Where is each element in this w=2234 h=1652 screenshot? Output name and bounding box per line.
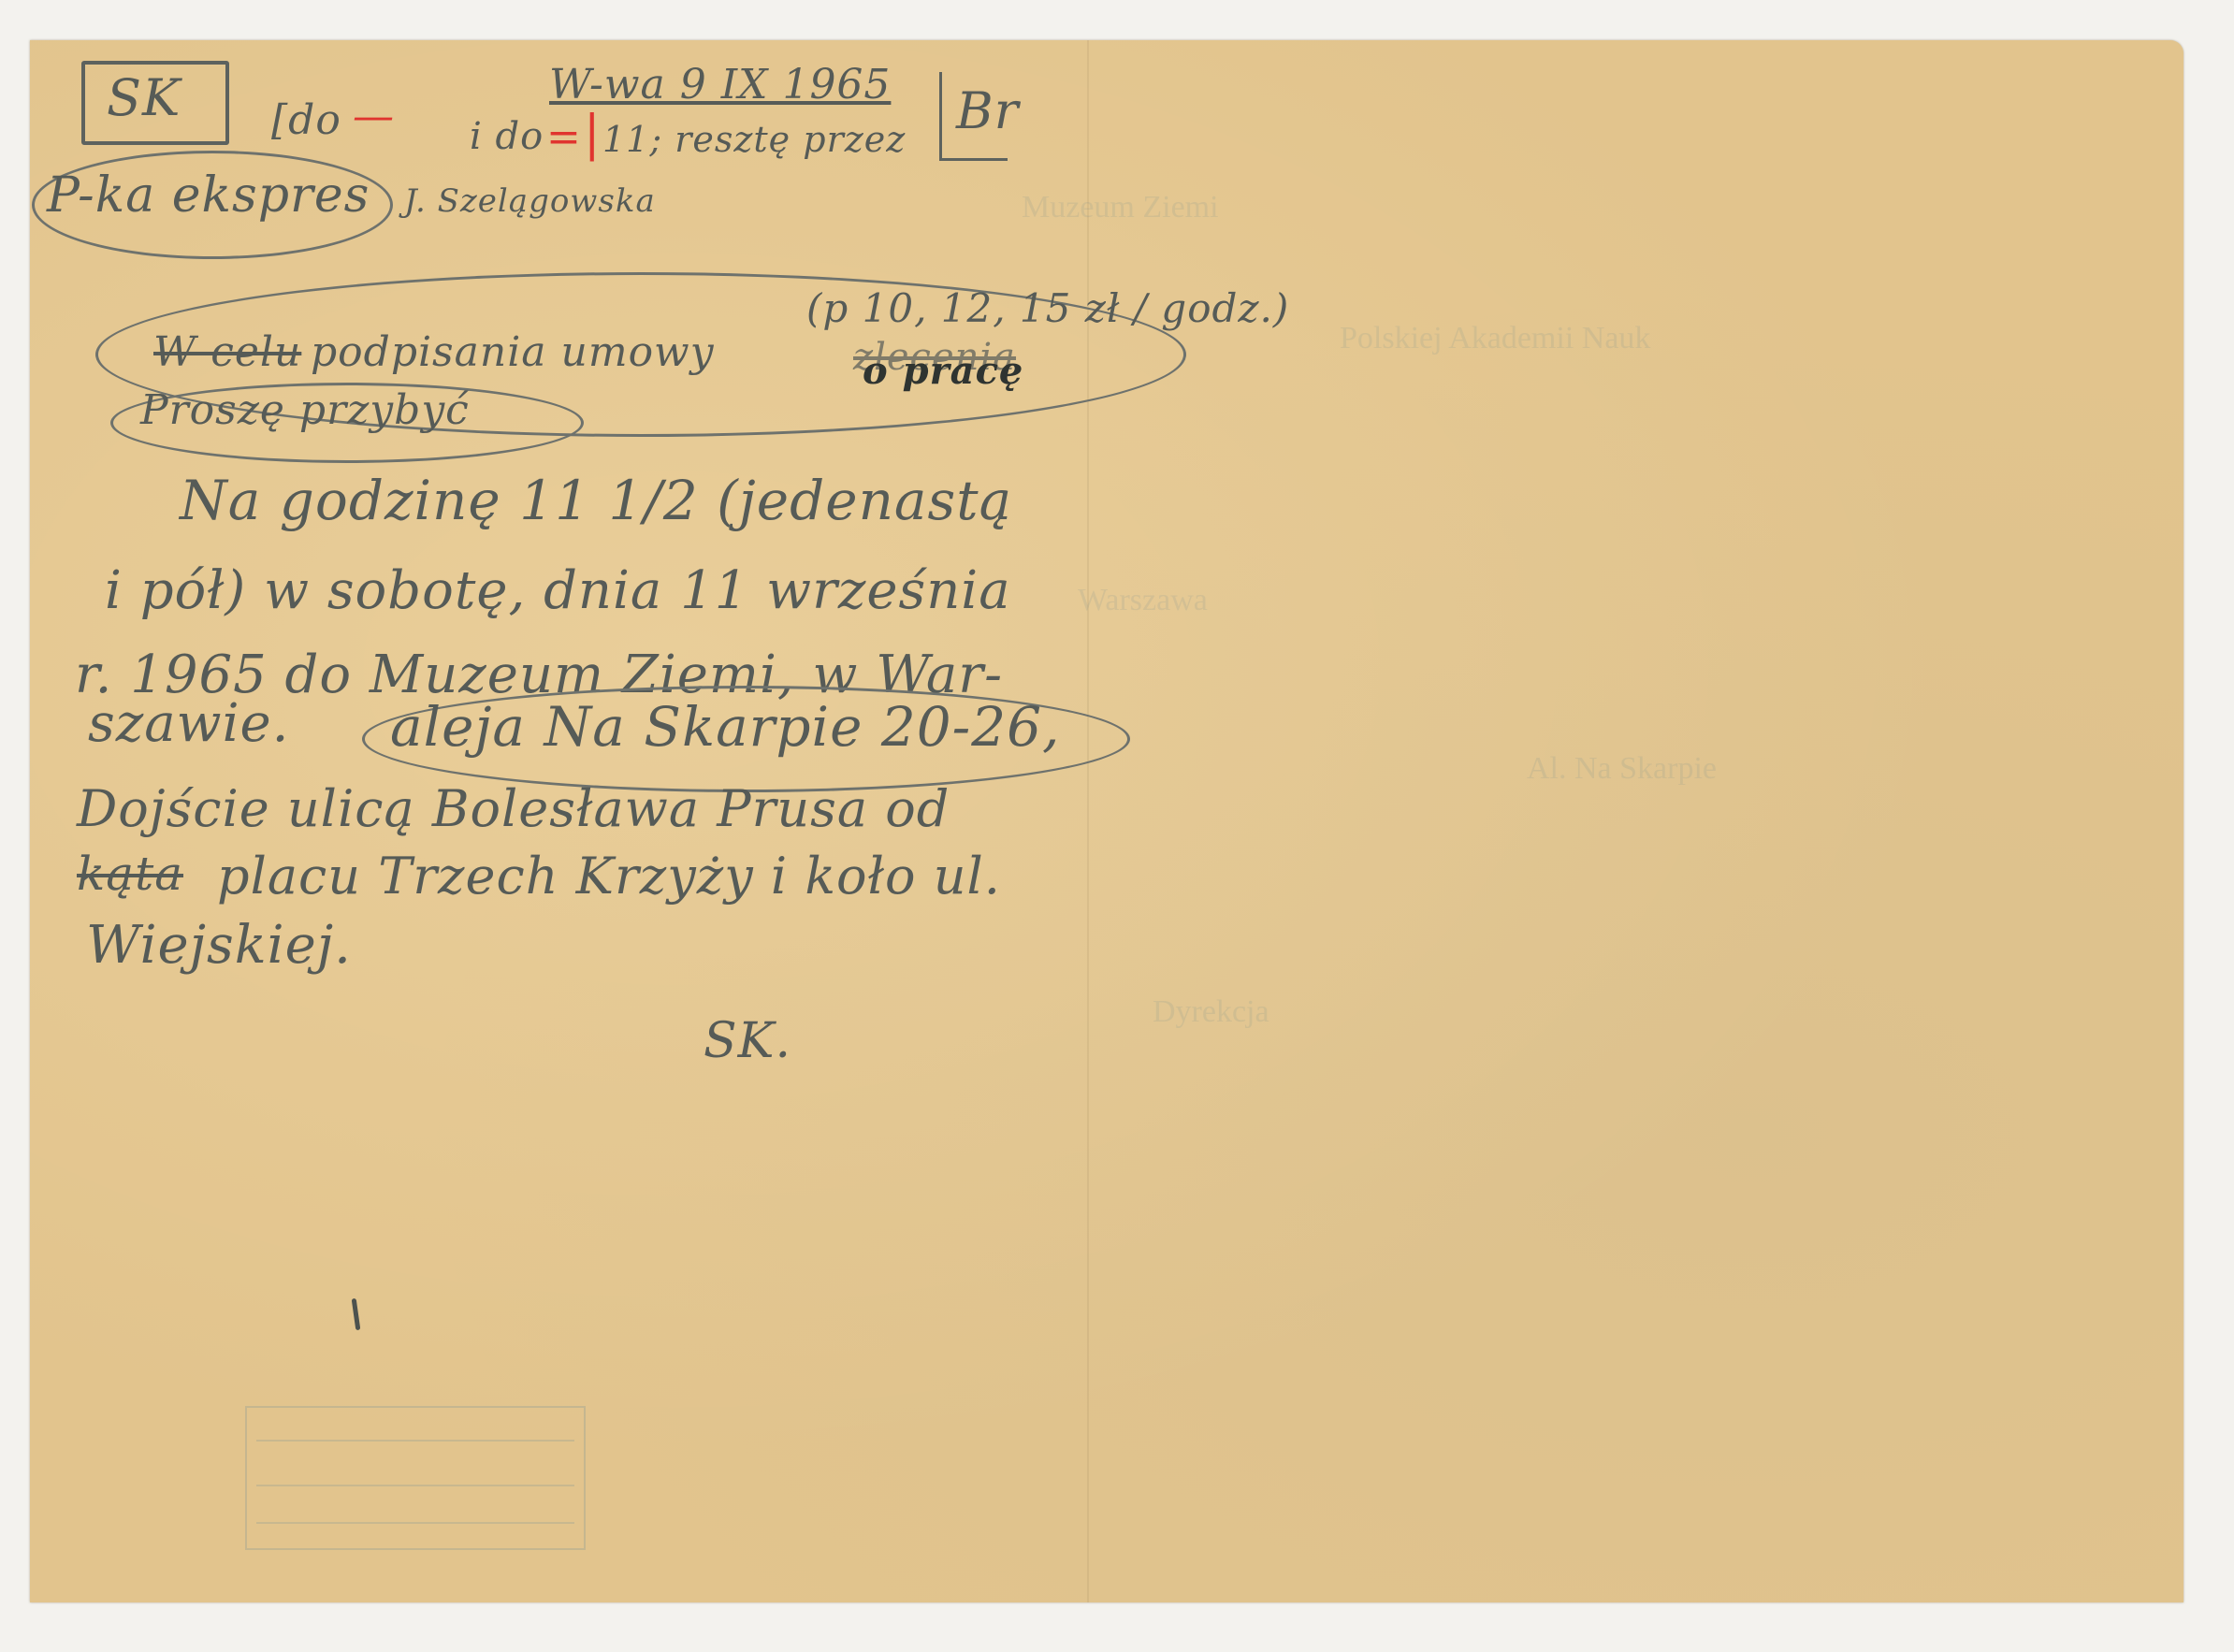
address-text: aleja Na Skarpie 20-26,: [390, 695, 1060, 759]
signature: SK.: [704, 1013, 791, 1069]
show-through-text: Dyrekcja: [1153, 994, 1269, 1030]
directions-line-3: Wiejskiej.: [86, 915, 352, 976]
corner-mark: Br: [956, 81, 1020, 140]
initials-text: SK: [107, 68, 181, 127]
body-line-4: szawie.: [88, 693, 289, 754]
place-date: W-wa 9 IX 1965: [549, 61, 891, 109]
show-through-text: Al. Na Skarpie: [1527, 751, 1717, 787]
document-paper: Muzeum Ziemi Polskiej Akademii Nauk Wars…: [30, 40, 2183, 1602]
red-dash-2: =: [546, 113, 582, 161]
request-text: Proszę przybyć: [140, 386, 470, 434]
red-stroke: |: [584, 106, 602, 162]
stamp-line: [256, 1522, 574, 1524]
show-through-text: Polskiej Akademii Nauk: [1340, 321, 1650, 356]
red-dash-1: —: [353, 93, 395, 140]
show-through-text: Warszawa: [1078, 583, 1208, 618]
header-bracket-2: i do: [470, 115, 544, 158]
directions-line-2: placu Trzech Krzyży i koło ul.: [217, 847, 1001, 906]
show-through-text: Muzeum Ziemi: [1022, 190, 1219, 225]
paper-fold-line: [1087, 40, 1089, 1602]
header-bracket-3: 11; resztę przez: [602, 119, 906, 160]
inserted-word: o pracę: [863, 349, 1023, 393]
directions-struck-word: kąta: [77, 847, 183, 901]
body-line-2: i pół) w sobotę, dnia 11 września: [105, 560, 1011, 621]
addressee: J. Szelągowska: [404, 182, 656, 220]
delivery-method: P-ka ekspres: [47, 167, 370, 224]
header-bracket-1: [do: [271, 96, 341, 144]
tariff-note: (p 10, 12, 15 zł / godz.): [806, 285, 1289, 331]
stamp-line: [256, 1485, 574, 1486]
stamp-line: [256, 1440, 574, 1442]
directions-line-1: Dojście ulicą Bolesława Prusa od: [77, 779, 950, 838]
pencil-mark: [352, 1298, 361, 1330]
body-line-1: Na godzinę 11 1/2 (jedenastą: [180, 469, 1012, 532]
faint-stamp: [245, 1406, 586, 1550]
contract-text: podpisania umowy: [311, 328, 715, 376]
struck-prefix: W celu: [153, 328, 301, 376]
